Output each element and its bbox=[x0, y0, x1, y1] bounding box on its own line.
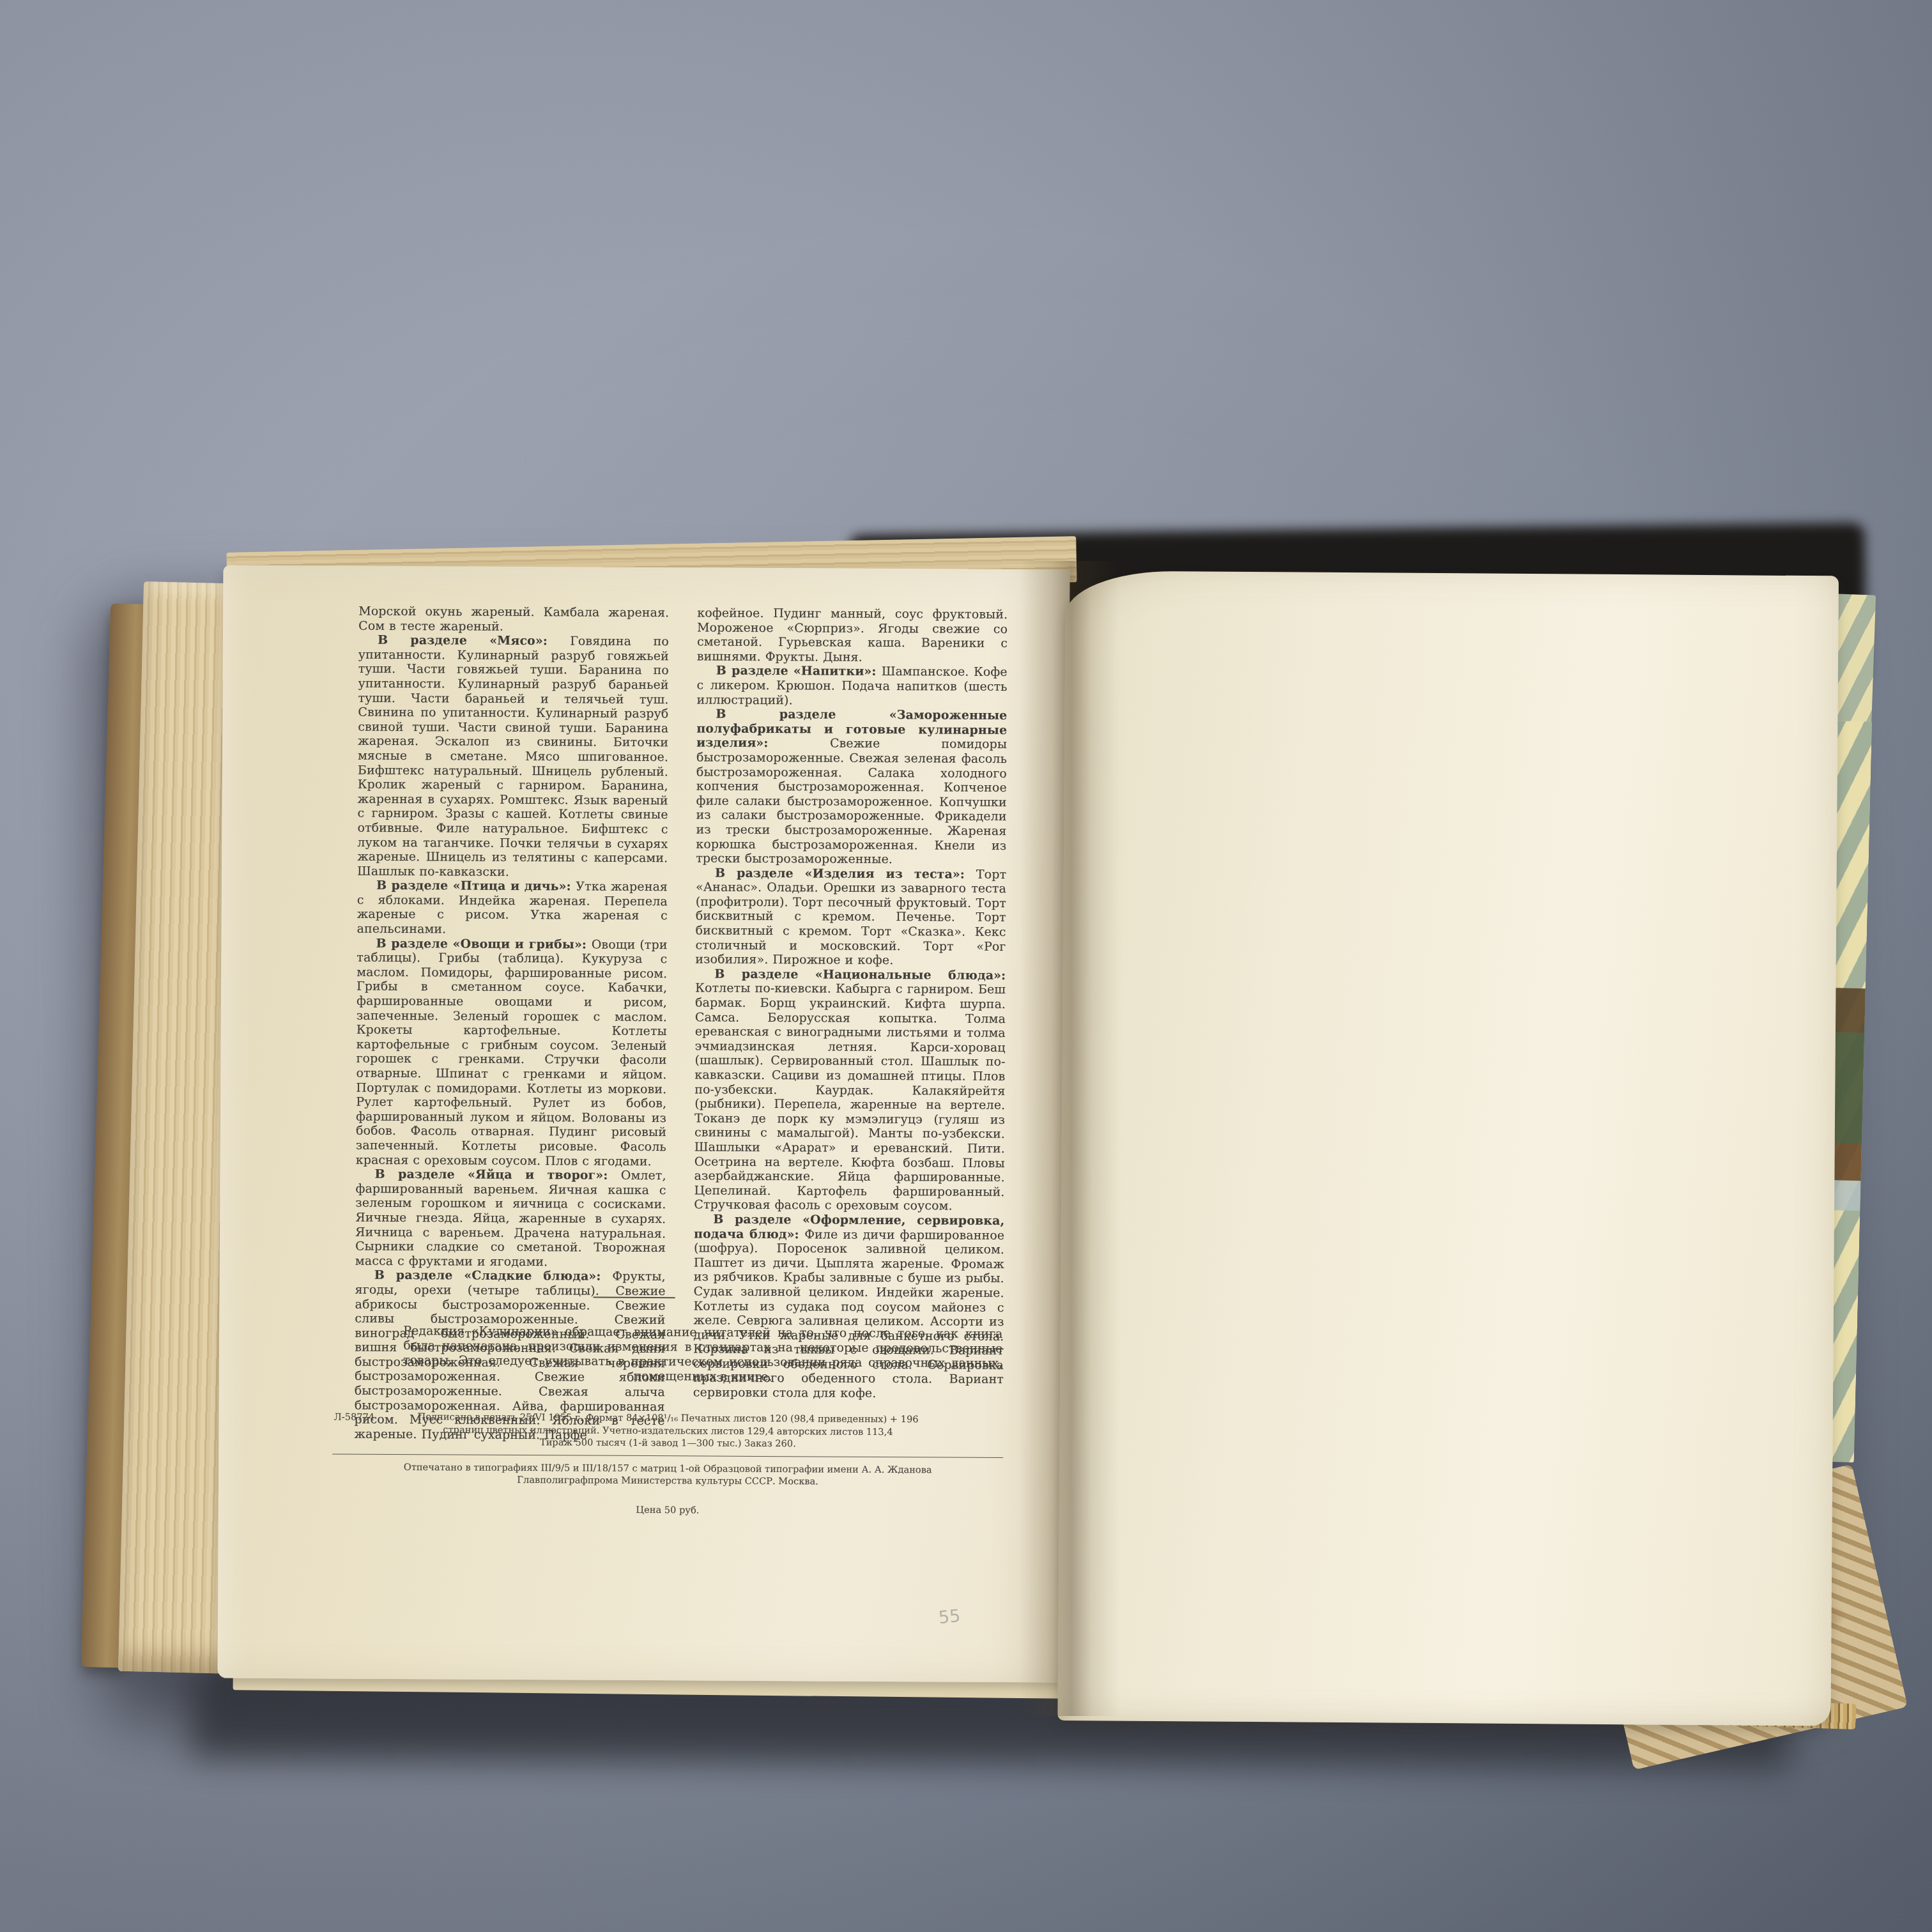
paragraph: В разделе «Национальные блюда»: Котлеты … bbox=[694, 967, 1006, 1214]
text-column: кофейное. Пудинг манный, соус фруктовый.… bbox=[693, 606, 1008, 1445]
paragraph: кофейное. Пудинг манный, соус фруктовый.… bbox=[697, 606, 1008, 665]
paragraph: В разделе «Овощи и грибы»: Овощи (три та… bbox=[356, 936, 668, 1169]
section-lead: В разделе «Сладкие блюда»: bbox=[374, 1268, 613, 1284]
section-lead: В разделе «Мясо»: bbox=[378, 633, 570, 648]
print-code: Л-58774 bbox=[334, 1411, 375, 1423]
paragraph: В разделе «Яйца и творог»: Омлет, фаршир… bbox=[355, 1167, 666, 1270]
paragraph: Морской окунь жареный. Камбала жареная. … bbox=[358, 604, 669, 635]
section-lead: В разделе «Овощи и грибы»: bbox=[376, 936, 591, 951]
colophon-line: Тираж 500 тысяч (1-й завод 1—300 тыс.) З… bbox=[332, 1435, 1003, 1451]
text-columns: Морской окунь жареный. Камбала жареная. … bbox=[354, 604, 1008, 1445]
right-page-blank bbox=[1057, 571, 1839, 1726]
paragraph: В разделе «Напитки»: Шампанское. Кофе с … bbox=[696, 664, 1007, 709]
paragraph: В разделе «Птица и дичь»: Утка жареная с… bbox=[357, 878, 668, 938]
faint-page-mark: 55 bbox=[938, 1606, 962, 1628]
colophon-rule bbox=[332, 1453, 1003, 1457]
section-lead: В разделе «Яйца и творог»: bbox=[375, 1167, 621, 1183]
editorial-note: Редакция «Кулинарии» обращает внимание ч… bbox=[403, 1324, 1002, 1386]
photo-scene: Морской окунь жареный. Камбала жареная. … bbox=[0, 0, 1932, 1932]
section-lead: В разделе «Изделия из теста»: bbox=[715, 866, 976, 881]
section-lead: В разделе «Национальные блюда»: bbox=[714, 967, 1006, 982]
section-lead: В разделе «Напитки»: bbox=[716, 664, 882, 678]
left-page: Морской окунь жареный. Камбала жареная. … bbox=[217, 565, 1069, 1683]
text-column: Морской окунь жареный. Камбала жареная. … bbox=[354, 604, 669, 1443]
gutter-shadow bbox=[1020, 561, 1119, 1716]
price-line: Цена 50 руб. bbox=[332, 1502, 1003, 1518]
paragraph: В разделе «Замороженные полуфабрикаты и … bbox=[696, 707, 1007, 868]
section-lead: В разделе «Замороженные полуфабрикаты и … bbox=[696, 707, 1007, 751]
section-lead: В разделе «Оформление, сервировка, подач… bbox=[694, 1213, 1004, 1241]
colophon: Л-58774 Подписано в печать 25/VI 1955 г.… bbox=[332, 1410, 1004, 1517]
section-lead: В разделе «Птица и дичь»: bbox=[376, 878, 576, 894]
paragraph: В разделе «Мясо»: Говядина по упитанност… bbox=[357, 633, 669, 880]
editorial-note-text: Редакция «Кулинарии» обращает внимание ч… bbox=[403, 1324, 1002, 1386]
paragraph: В разделе «Изделия из теста»: Торт «Анан… bbox=[695, 866, 1006, 969]
